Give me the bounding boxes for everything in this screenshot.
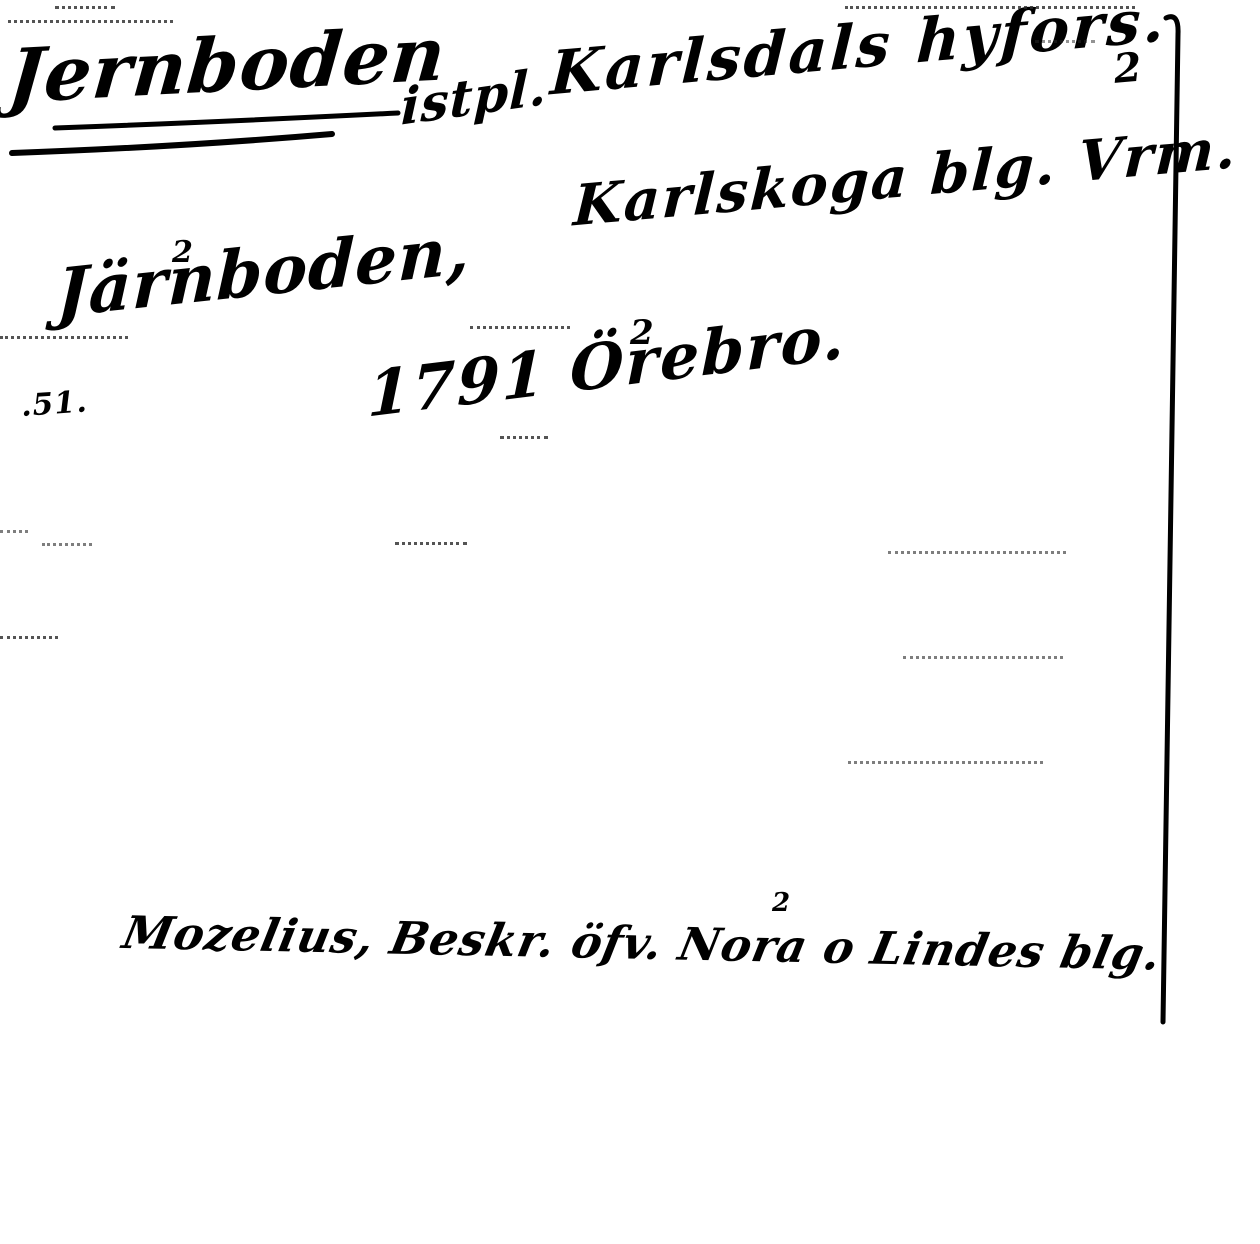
scan-noise-dots [55,6,115,9]
scan-noise-dots [470,326,570,329]
scan-noise-dots [848,761,1043,764]
source-citation: Mozelius, Beskr. öfv. Nora o Lindes blg. [119,910,1165,977]
place-name-superscript-mark: 2 [1112,47,1144,89]
scan-noise-dots [8,20,173,23]
variant-spelling: Järnboden, [56,217,472,327]
scan-noise-dots [0,336,128,339]
scan-noise-dots [903,656,1063,659]
scan-noise-dots [1035,40,1095,43]
variant-superscript-mark: 2 [172,238,194,268]
citation-superscript-mark: 2 [772,890,791,916]
scan-noise-dots [42,543,92,546]
scan-noise-dots [0,636,58,639]
place-name-line: Karlsdals hyfors. [549,0,1169,105]
scan-noise-dots [395,542,467,545]
scan-noise-dots [0,530,28,533]
imprint-year-place: 1791 Örebro. [367,305,847,426]
headword-text: Jernboden [5,17,449,114]
headword-underline-2 [12,134,332,153]
reference-number: .51. [20,387,89,422]
region-line: Karlskoga blg. Vrm. [572,120,1239,235]
scan-noise-dots [845,6,1135,9]
scan-noise-dots [500,436,548,439]
scan-noise-dots [888,551,1066,554]
scanned-archive-slip: Jernboden istpl. Karlsdals hyfors. 2 Kar… [0,0,1260,1244]
imprint-superscript-mark: 2 [630,316,655,350]
headword-underline-1 [55,113,398,128]
